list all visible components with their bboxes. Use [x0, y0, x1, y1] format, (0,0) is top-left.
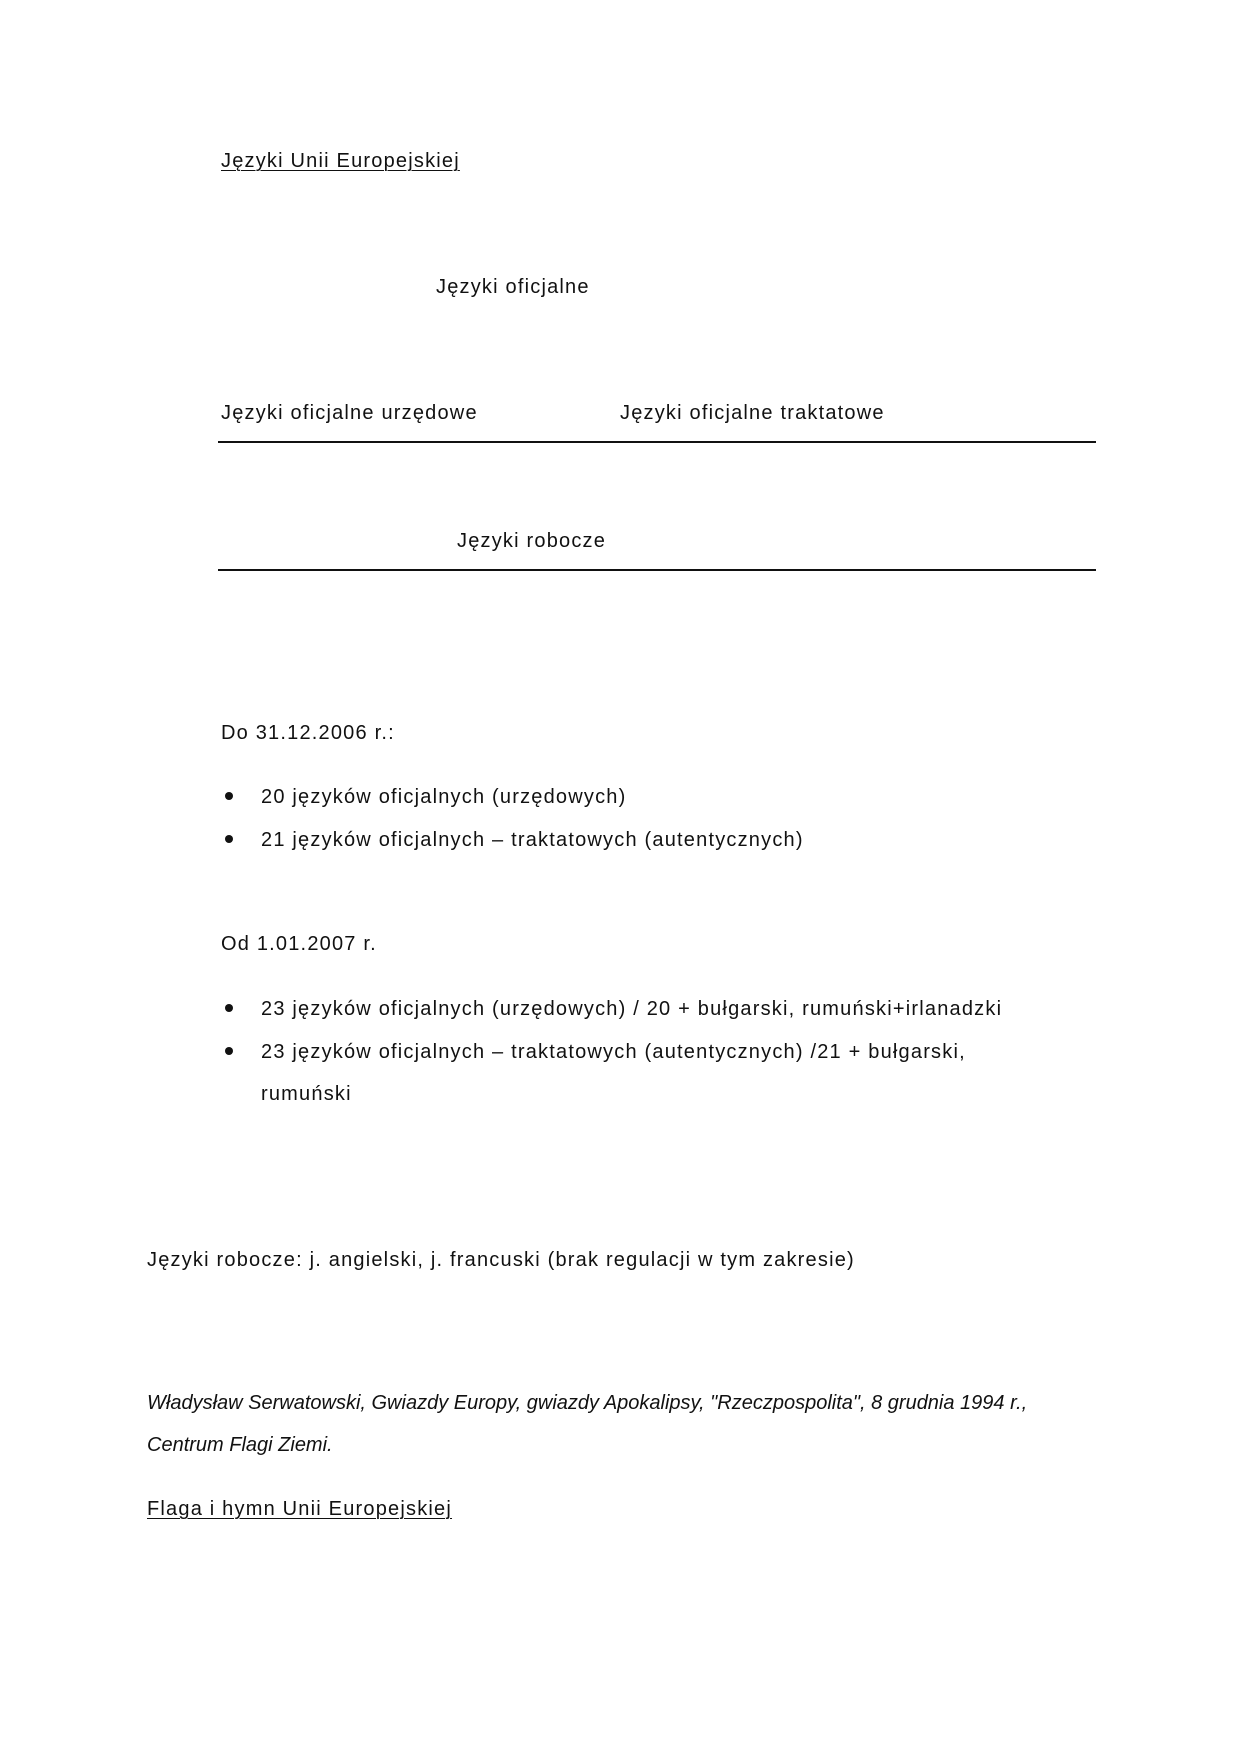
working-languages-text: Języki robocze: j. angielski, j. francus… [147, 1248, 855, 1272]
citation-line-2: Centrum Flagi Ziemi. [147, 1433, 333, 1457]
bullet-icon [225, 1047, 233, 1055]
diagram-node-working: Języki robocze [457, 529, 606, 553]
list-item-text: 23 języków oficjalnych (urzędowych) / 20… [261, 997, 1002, 1021]
diagram-divider-2 [218, 569, 1096, 571]
flag-anthem-link[interactable]: Flaga i hymn Unii Europejskiej [147, 1497, 452, 1521]
list-item-text: 21 języków oficjalnych – traktatowych (a… [261, 828, 804, 852]
citation-line-1: Władysław Serwatowski, Gwiazdy Europy, g… [147, 1391, 1027, 1415]
document-page: Języki Unii Europejskiej Języki oficjaln… [0, 0, 1240, 1754]
section-heading: Do 31.12.2006 r.: [221, 721, 395, 745]
diagram-divider-1 [218, 441, 1096, 443]
bullet-icon [225, 1004, 233, 1012]
diagram-node-official-treaty: Języki oficjalne traktatowe [620, 401, 885, 425]
bullet-icon [225, 792, 233, 800]
list-item-text: 20 języków oficjalnych (urzędowych) [261, 785, 626, 809]
diagram-node-official-administrative: Języki oficjalne urzędowe [221, 401, 478, 425]
list-item-text-continuation: rumuński [261, 1082, 352, 1106]
list-item-text: 23 języków oficjalnych – traktatowych (a… [261, 1040, 966, 1064]
section-heading: Od 1.01.2007 r. [221, 932, 377, 956]
title-link[interactable]: Języki Unii Europejskiej [221, 149, 460, 173]
diagram-node-official: Języki oficjalne [436, 275, 590, 299]
bullet-icon [225, 835, 233, 843]
